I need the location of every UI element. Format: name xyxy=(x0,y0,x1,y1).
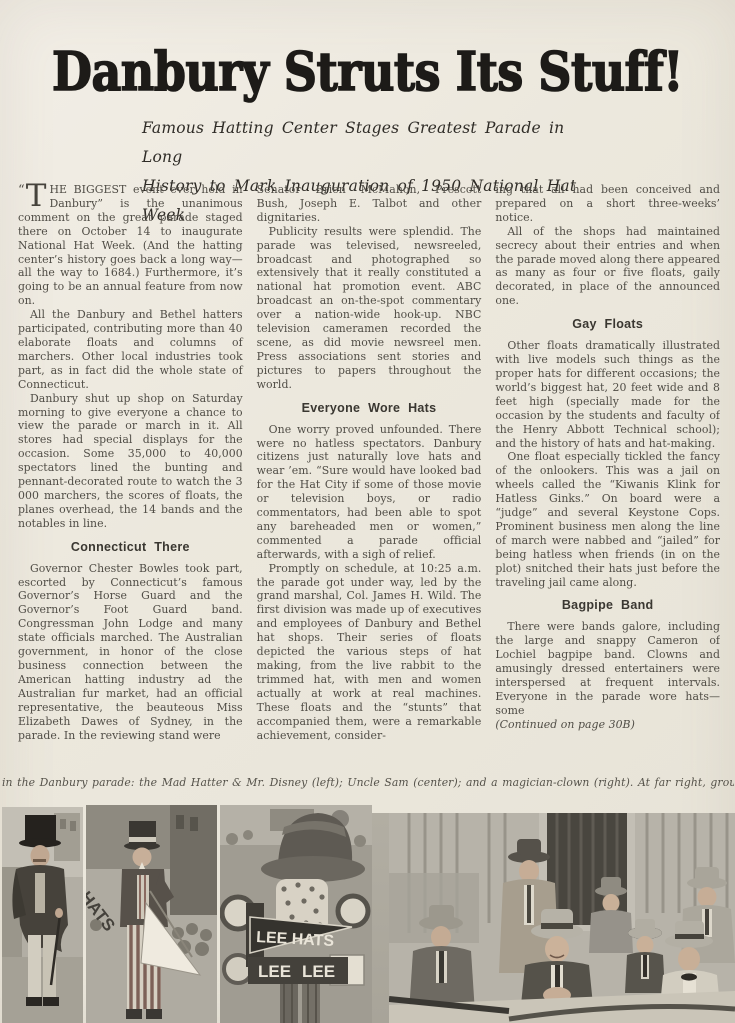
photo-magician-clown: LEE HATS LEE LEE xyxy=(220,805,372,1023)
paragraph: ing that all had been conceived and prep… xyxy=(495,183,720,225)
article-column-1: “THE BIGGEST event ever held in Danbury”… xyxy=(18,183,243,771)
page-title: Danbury Struts Its Stuff! xyxy=(0,40,735,103)
article-body: “THE BIGGEST event ever held in Danbury”… xyxy=(18,183,720,771)
continued-note: (Continued on page 30B) xyxy=(495,718,720,732)
paragraph: One float especially tickled the fancy o… xyxy=(495,450,720,589)
paragraph: Danbury shut up shop on Saturday morning… xyxy=(18,392,243,531)
paragraph: Other floats dramatically illustrated wi… xyxy=(495,339,720,450)
paragraph: “THE BIGGEST event ever held in Danbury”… xyxy=(18,183,243,308)
article-column-2: Senator Brien McMahon, Prescott Bush, Jo… xyxy=(257,183,482,771)
paragraph: Publicity results were splendid. The par… xyxy=(257,225,482,392)
uncle-sam-illustration: LEE HATS xyxy=(86,805,217,1023)
mad-hatter-illustration xyxy=(2,807,83,1023)
photo-mad-hatter xyxy=(2,807,83,1023)
paragraph: All the Danbury and Bethel hatters parti… xyxy=(18,308,243,391)
magazine-page: Danbury Struts Its Stuff! Famous Hatting… xyxy=(0,0,735,1023)
paragraph: All of the shops had maintained secrecy … xyxy=(495,225,720,308)
clown-sign-lee-left: LEE xyxy=(258,962,291,981)
photo-uncle-sam: LEE HATS xyxy=(86,805,217,1023)
photo-strip-gap xyxy=(372,813,389,1023)
section-heading-connecticut-there: Connecticut There xyxy=(18,540,243,554)
paragraph: One worry proved unfounded. There were n… xyxy=(257,423,482,562)
paragraph: Senator Brien McMahon, Prescott Bush, Jo… xyxy=(257,183,482,225)
paragraph: Promptly on schedule, at 10:25 a.m. the … xyxy=(257,562,482,743)
open-quote: “ xyxy=(18,184,25,197)
section-heading-bagpipe-band: Bagpipe Band xyxy=(495,598,720,612)
paragraph: There were bands galore, including the l… xyxy=(495,620,720,717)
paragraph-text: HE BIGGEST event ever held in Danbury” i… xyxy=(18,183,243,307)
magician-clown-illustration: LEE HATS LEE LEE xyxy=(220,805,372,1023)
clown-sign-lee-right: LEE xyxy=(302,962,335,981)
section-heading-everyone-wore-hats: Everyone Wore Hats xyxy=(257,401,482,415)
subtitle-line-1: Famous Hatting Center Stages Greatest Pa… xyxy=(142,114,592,172)
article-column-3: ing that all had been conceived and prep… xyxy=(495,183,720,771)
section-heading-gay-floats: Gay Floats xyxy=(495,317,720,331)
paragraph: Governor Chester Bowles took part, escor… xyxy=(18,562,243,743)
drop-cap: T xyxy=(26,183,50,209)
reviewing-stand-illustration xyxy=(389,813,735,1023)
photo-caption: in the Danbury parade: the Mad Hatter & … xyxy=(2,776,734,789)
photo-reviewing-stand xyxy=(389,813,735,1023)
